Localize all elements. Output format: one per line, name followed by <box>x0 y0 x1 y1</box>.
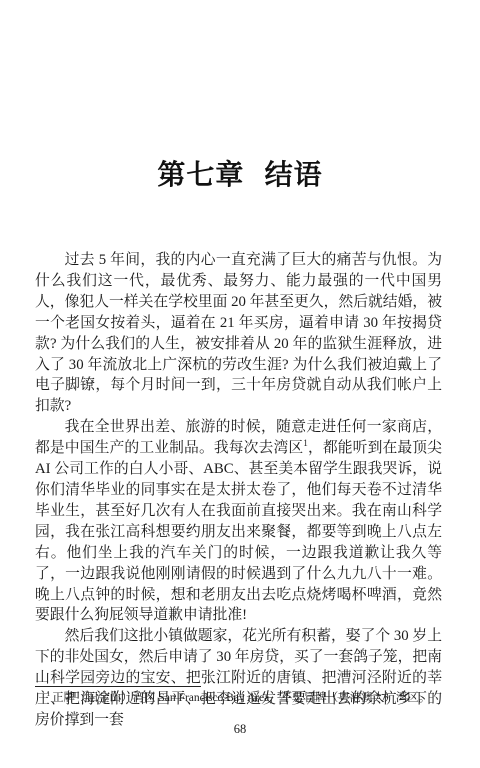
footnote: 1正牌（旧金山）湾区 San Francisco Bay Area，不是冒牌（粤… <box>35 691 442 706</box>
page-number: 68 <box>0 721 480 737</box>
book-page: 第七章结语 过去 5 年间，我的内心一直充满了巨大的痛苦与仇恨。为什么我们这一代… <box>0 0 480 768</box>
footnote-separator-rule <box>35 686 201 687</box>
paragraph-2: 我在全世界出差、旅游的时候，随意走进任何一家商店，都是中国生产的工业制品。我每次… <box>35 417 442 626</box>
body-text: 过去 5 年间，我的内心一直充满了巨大的痛苦与仇恨。为什么我们这一代，最优秀、最… <box>35 250 442 731</box>
paragraph-2-text-after-ref: ，都能听到在最顶尖 AI 公司工作的白人小哥、ABC、甚至美本留学生跟我哭诉，说… <box>35 440 442 623</box>
footnote-marker: 1 <box>47 690 51 698</box>
paragraph-1: 过去 5 年间，我的内心一直充满了巨大的痛苦与仇恨。为什么我们这一代，最优秀、最… <box>35 250 442 417</box>
footnote-text: 正牌（旧金山）湾区 San Francisco Bay Area，不是冒牌（粤港… <box>52 692 430 704</box>
paragraph-3: 然后我们这批小镇做题家，花光所有积蓄，娶了个 30 岁上下的非处国女，然后申请了… <box>35 626 442 731</box>
chapter-title: 第七章结语 <box>0 158 480 192</box>
chapter-name: 结语 <box>265 159 323 190</box>
chapter-number: 第七章 <box>157 159 244 190</box>
